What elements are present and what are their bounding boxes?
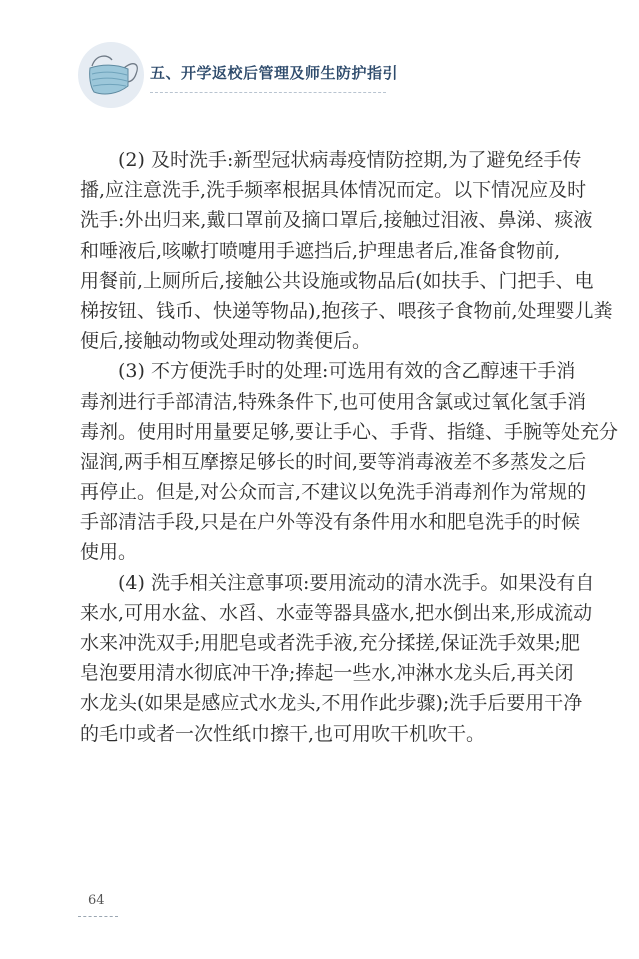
text-line: 毒剂进行手部清洁,特殊条件下,也可使用含氯或过氧化氢手消	[80, 387, 536, 417]
header-dashed-divider	[150, 92, 386, 93]
chapter-header: 五、开学返校后管理及师生防护指引	[78, 42, 418, 108]
text-line: 和唾液后,咳嗽打喷嚏用手遮挡后,护理患者后,准备食物前,	[80, 236, 536, 266]
text-line: 使用。	[80, 537, 536, 567]
text-line: 便后,接触动物或处理动物粪便后。	[80, 326, 536, 356]
body-text: (2) 及时洗手:新型冠状病毒疫情防控期,为了避免经手传 播,应注意洗手,洗手频…	[80, 145, 536, 749]
text-line: (4) 洗手相关注意事项:要用流动的清水洗手。如果没有自	[80, 568, 536, 598]
text-line: 皂泡要用清水彻底冲干净;捧起一些水,冲淋水龙头后,再关闭	[80, 658, 536, 688]
face-mask-icon	[78, 42, 144, 108]
text-line: 湿润,两手相互摩擦足够长的时间,要等消毒液差不多蒸发之后	[80, 447, 536, 477]
text-line: 播,应注意洗手,洗手频率根据具体情况而定。以下情况应及时	[80, 175, 536, 205]
text-line: 梯按钮、钱币、快递等物品),抱孩子、喂孩子食物前,处理婴儿粪	[80, 296, 536, 326]
paragraph-sanitizer-use: (3) 不方便洗手时的处理:可选用有效的含乙醇速干手消 毒剂进行手部清洁,特殊条…	[80, 356, 536, 567]
chapter-title: 五、开学返校后管理及师生防护指引	[150, 62, 398, 83]
paragraph-hand-washing-notes: (4) 洗手相关注意事项:要用流动的清水洗手。如果没有自 来水,可用水盆、水舀、…	[80, 568, 536, 749]
text-line: 手部清洁手段,只是在户外等没有条件用水和肥皂洗手的时候	[80, 507, 536, 537]
text-line: 毒剂。使用时用量要足够,要让手心、手背、指缝、手腕等处充分	[80, 417, 536, 447]
text-line: 水来冲洗双手;用肥皂或者洗手液,充分揉搓,保证洗手效果;肥	[80, 628, 536, 658]
footer-dashed-divider	[78, 916, 118, 917]
text-line: 来水,可用水盆、水舀、水壶等器具盛水,把水倒出来,形成流动	[80, 598, 536, 628]
text-line: (3) 不方便洗手时的处理:可选用有效的含乙醇速干手消	[80, 356, 536, 386]
text-line: 用餐前,上厕所后,接触公共设施或物品后(如扶手、门把手、电	[80, 266, 536, 296]
text-line: (2) 及时洗手:新型冠状病毒疫情防控期,为了避免经手传	[80, 145, 536, 175]
page-number: 64	[88, 893, 105, 908]
text-line: 再停止。但是,对公众而言,不建议以免洗手消毒剂作为常规的	[80, 477, 536, 507]
paragraph-hand-washing-timing: (2) 及时洗手:新型冠状病毒疫情防控期,为了避免经手传 播,应注意洗手,洗手频…	[80, 145, 536, 356]
text-line: 水龙头(如果是感应式水龙头,不用作此步骤);洗手后要用干净	[80, 688, 536, 718]
text-line: 的毛巾或者一次性纸巾擦干,也可用吹干机吹干。	[80, 719, 536, 749]
text-line: 洗手:外出归来,戴口罩前及摘口罩后,接触过泪液、鼻涕、痰液	[80, 205, 536, 235]
